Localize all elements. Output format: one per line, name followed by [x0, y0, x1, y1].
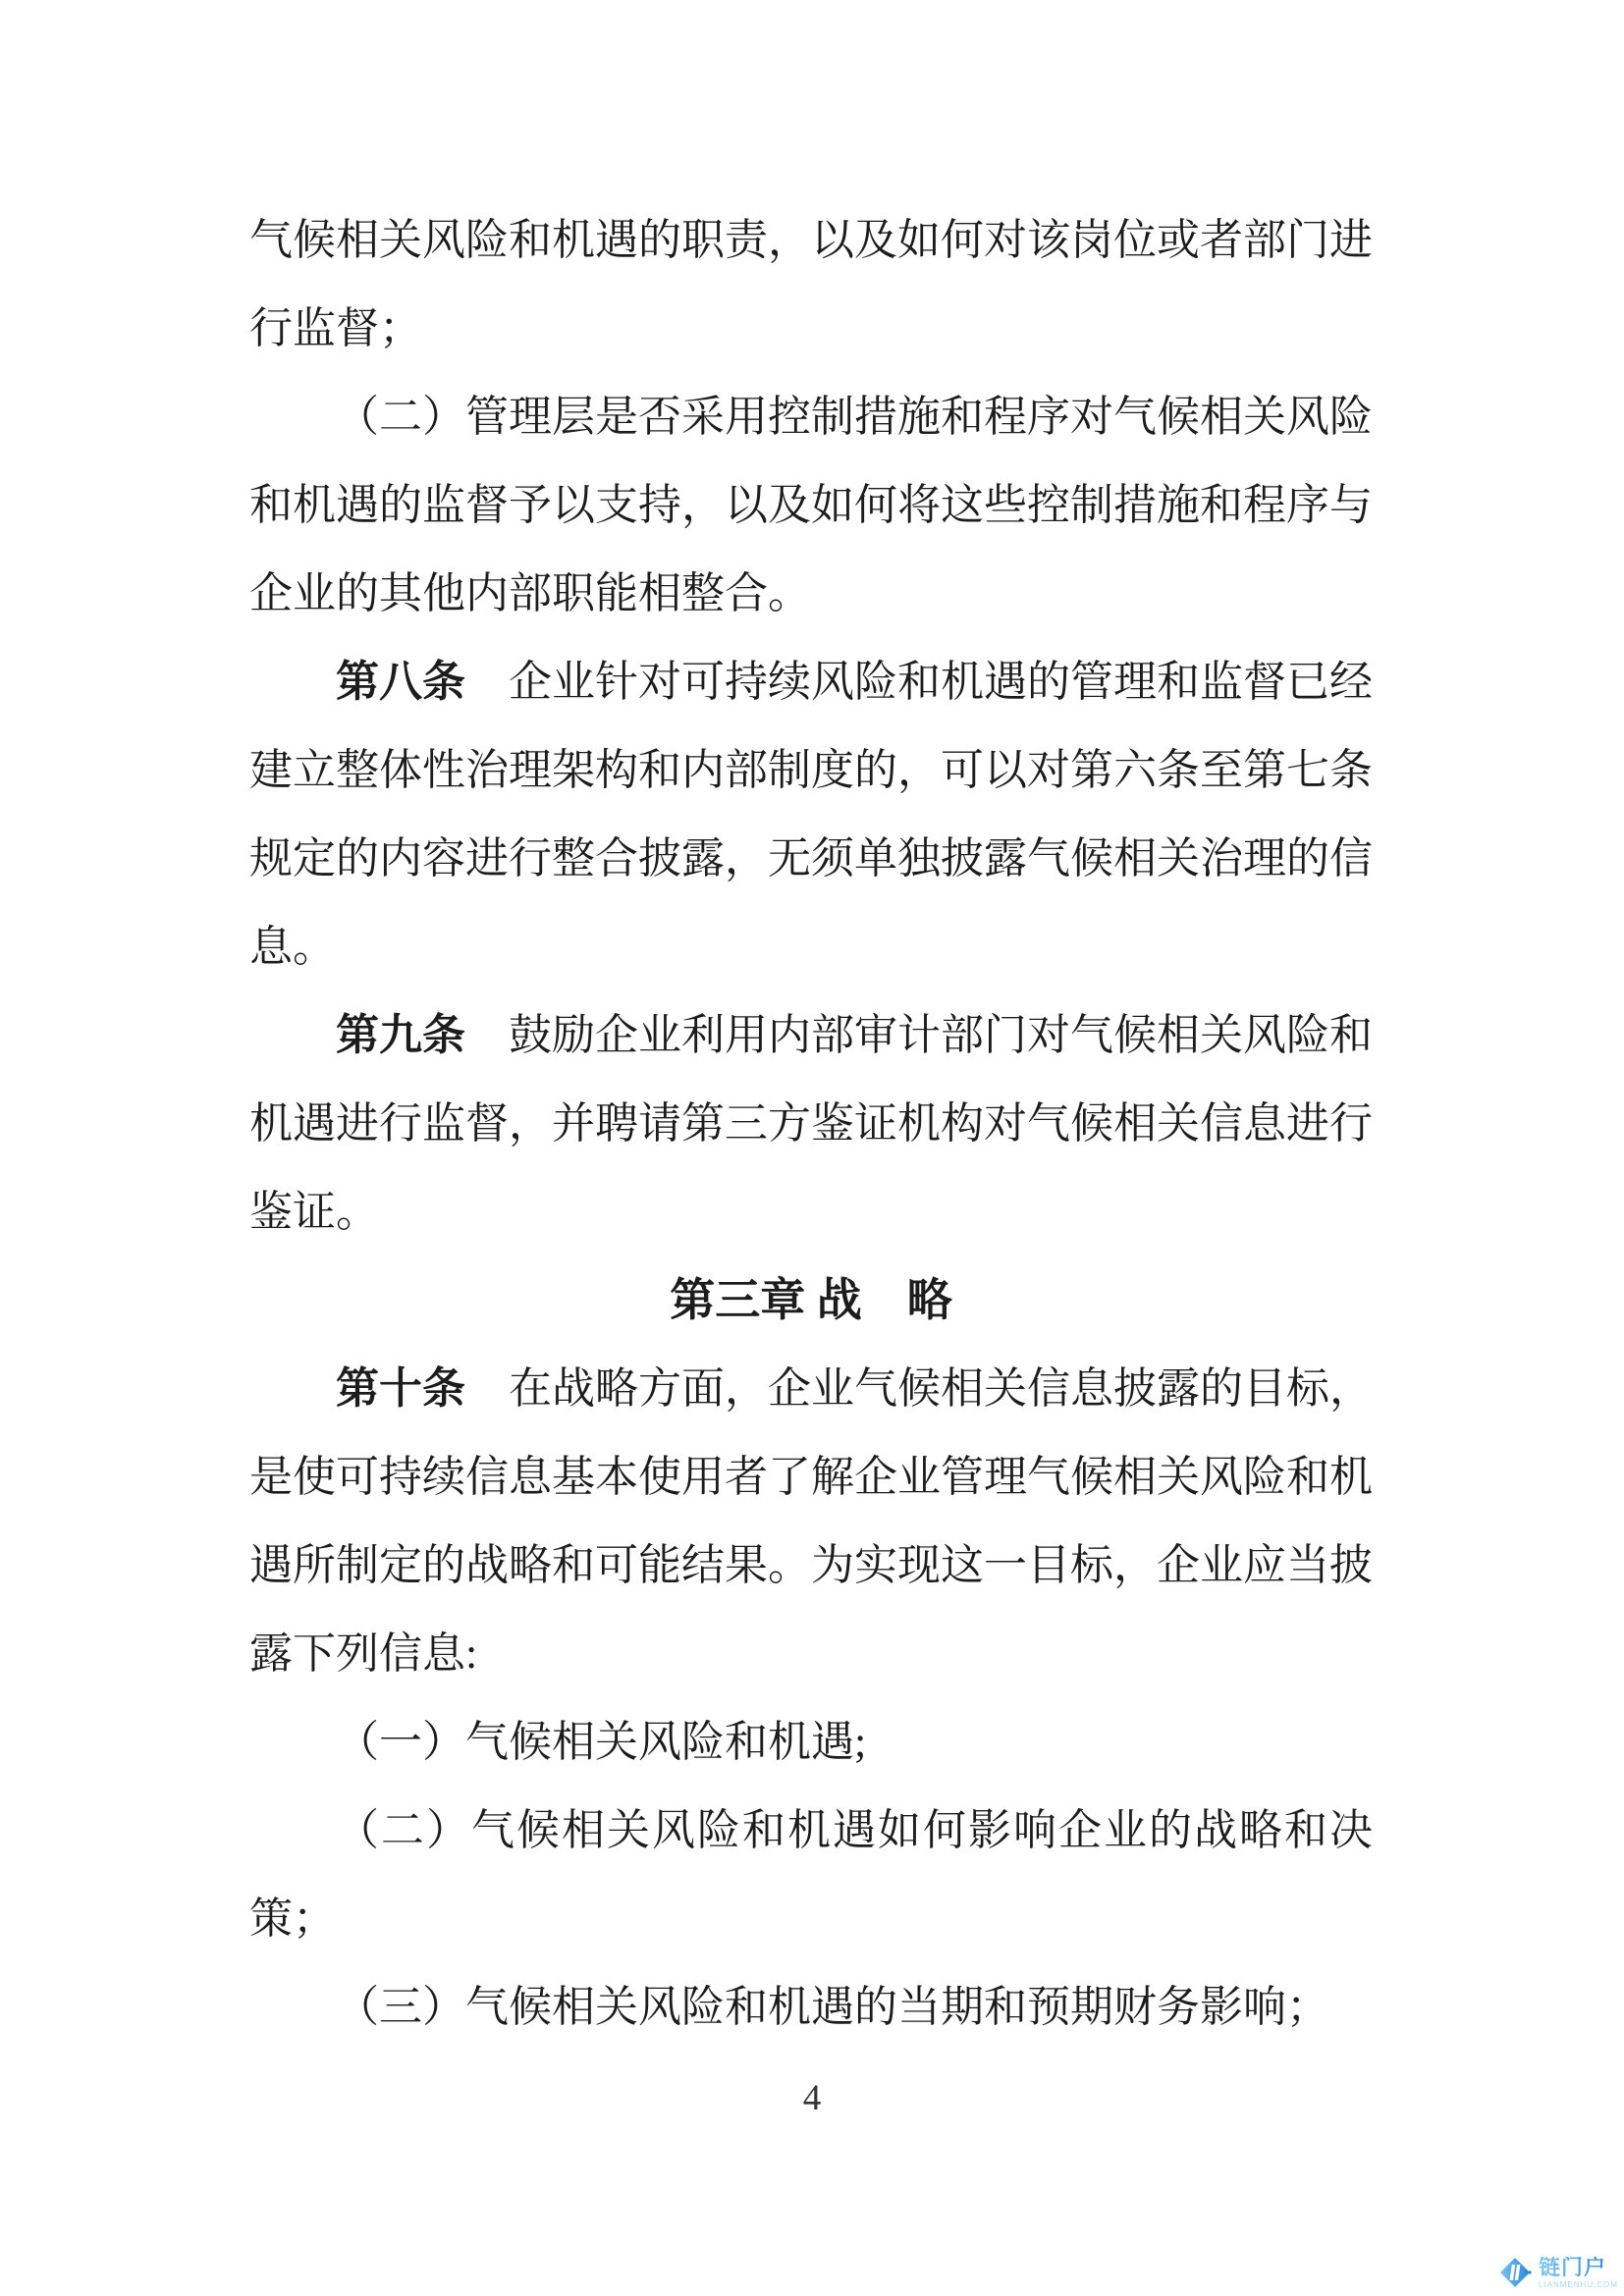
paragraph-text: 气候相关风险和机遇的职责，以及如何对该岗位或者部门进行监督； — [249, 216, 1373, 352]
watermark-brand-name: 链门户 — [1539, 2257, 1618, 2278]
list-item: （二）气候相关风险和机遇如何影响企业的战略和决策； — [249, 1787, 1373, 1963]
chapter-heading: 第三章 战 略 — [249, 1256, 1373, 1345]
document-body: 气候相关风险和机遇的职责，以及如何对该岗位或者部门进行监督； （二）管理层是否采… — [249, 196, 1373, 2052]
lianmenhu-logo-icon — [1497, 2255, 1533, 2290]
watermark-text: 链门户 LIANMENHU.COM — [1539, 2257, 1618, 2289]
article-number-label: 第十条 — [336, 1364, 465, 1413]
paragraph-article-8: 第八条 企业针对可持续风险和机遇的管理和监督已经建立整体性治理架构和内部制度的，… — [249, 638, 1373, 991]
paragraph: 气候相关风险和机遇的职责，以及如何对该岗位或者部门进行监督； — [249, 196, 1373, 373]
article-number-label: 第九条 — [336, 1011, 465, 1059]
page-number: 4 — [0, 2077, 1624, 2120]
paragraph: （二）管理层是否采用控制措施和程序对气候相关风险和机遇的监督予以支持，以及如何将… — [249, 373, 1373, 638]
list-item: （三）气候相关风险和机遇的当期和预期财务影响； — [249, 1963, 1373, 2052]
watermark: 链门户 LIANMENHU.COM — [1497, 2255, 1618, 2290]
paragraph-article-9: 第九条 鼓励企业利用内部审计部门对气候相关风险和机遇进行监督，并聘请第三方鉴证机… — [249, 991, 1373, 1256]
article-number-label: 第八条 — [336, 658, 465, 706]
paragraph-text: （三）气候相关风险和机遇的当期和预期财务影响； — [336, 1983, 1329, 2031]
paragraph-article-10: 第十条 在战略方面，企业气候相关信息披露的目标，是使可持续信息基本使用者了解企业… — [249, 1345, 1373, 1698]
paragraph-text: （二）管理层是否采用控制措施和程序对气候相关风险和机遇的监督予以支持，以及如何将… — [249, 393, 1373, 617]
paragraph-text: （二）气候相关风险和机遇如何影响企业的战略和决策； — [249, 1806, 1373, 1943]
list-item: （一）气候相关风险和机遇; — [249, 1698, 1373, 1787]
document-page: 气候相关风险和机遇的职责，以及如何对该岗位或者部门进行监督； （二）管理层是否采… — [0, 0, 1624, 2296]
paragraph-text: （一）气候相关风险和机遇; — [336, 1718, 866, 1766]
watermark-domain: LIANMENHU.COM — [1539, 2281, 1618, 2289]
